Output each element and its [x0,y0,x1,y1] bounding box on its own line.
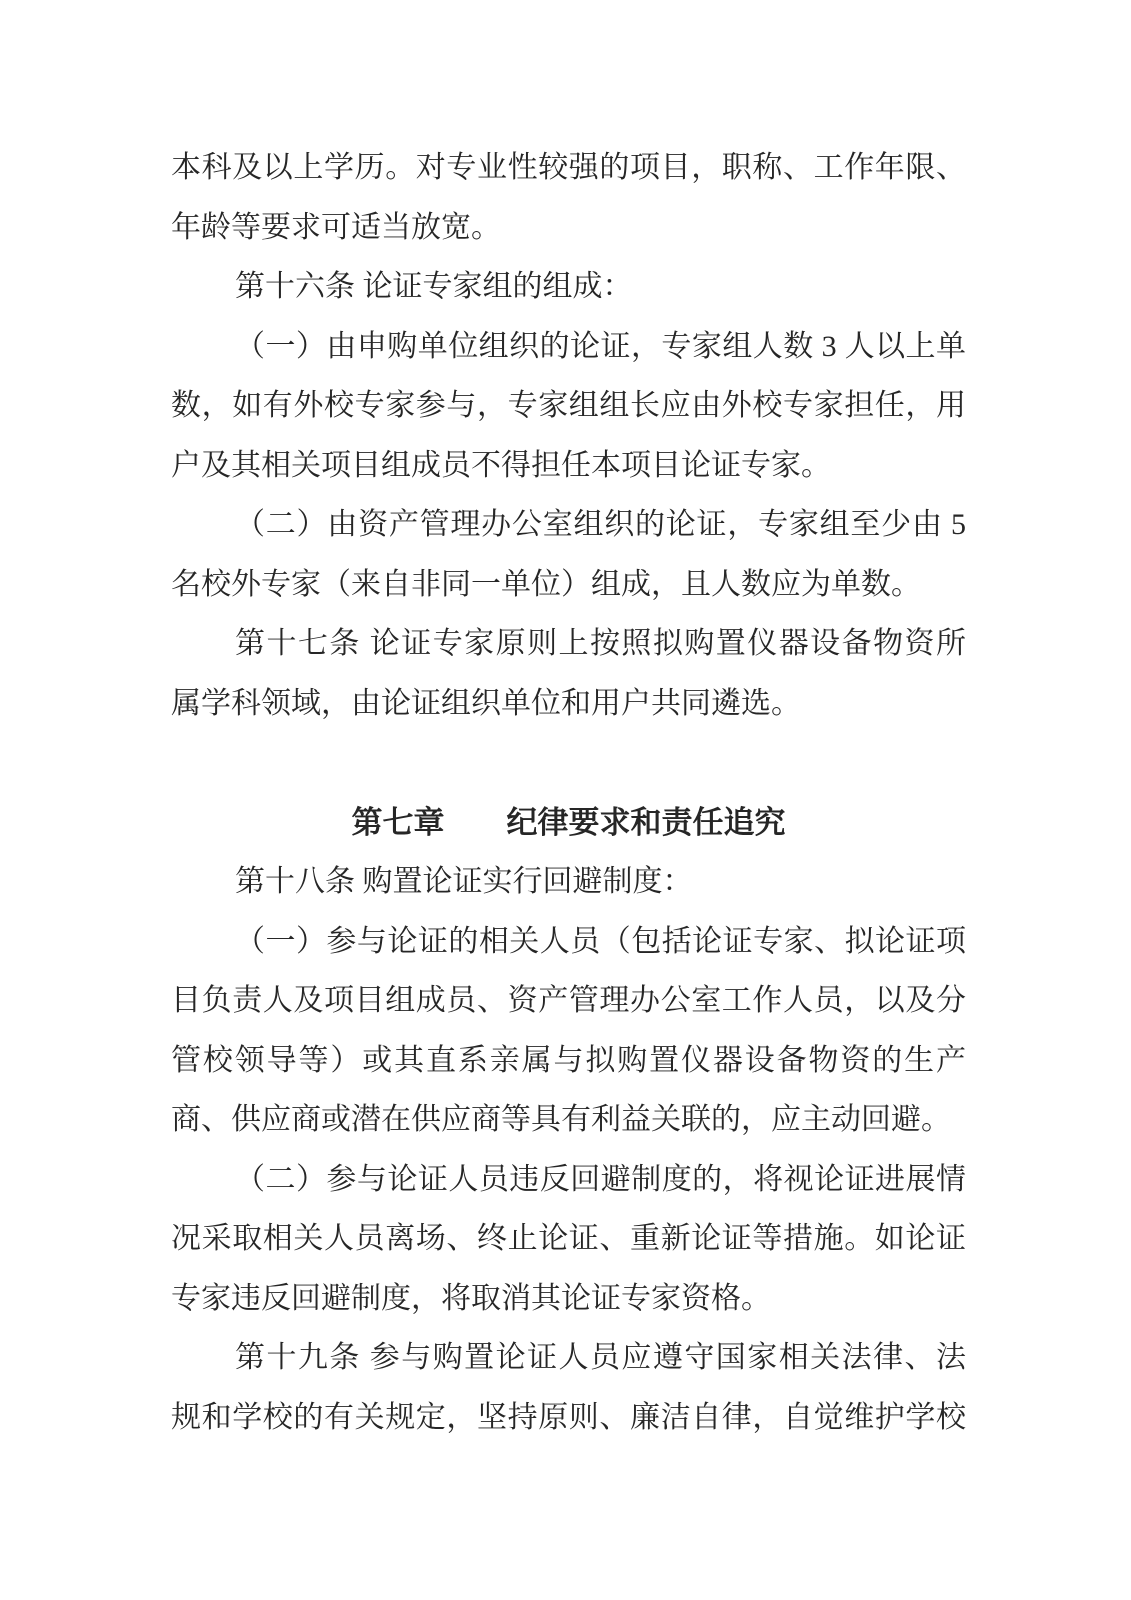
document-line: 数，如有外校专家参与，专家组组长应由外校专家担任，用 [171,376,966,436]
document-line: 第十七条 论证专家原则上按照拟购置仪器设备物资所 [171,614,966,674]
document-text-block: 本科及以上学历。对专业性较强的项目，职称、工作年限、年龄等要求可适当放宽。第十六… [171,138,966,1447]
document-line: 专家违反回避制度，将取消其论证专家资格。 [171,1269,966,1329]
document-line: （二）参与论证人员违反回避制度的，将视论证进展情 [171,1150,966,1210]
document-line: 属学科领域，由论证组织单位和用户共同遴选。 [171,674,966,734]
document-line: 年龄等要求可适当放宽。 [171,198,966,258]
document-line: （二）由资产管理办公室组织的论证，专家组至少由 5 [171,495,966,555]
document-line: （一）由申购单位组织的论证，专家组人数 3 人以上单 [171,317,966,377]
document-page: 本科及以上学历。对专业性较强的项目，职称、工作年限、年龄等要求可适当放宽。第十六… [0,0,1131,1600]
document-line: 目负责人及项目组成员、资产管理办公室工作人员，以及分 [171,971,966,1031]
document-line: 第十八条 购置论证实行回避制度： [171,852,966,912]
document-line: 况采取相关人员离场、终止论证、重新论证等措施。如论证 [171,1209,966,1269]
document-line: 规和学校的有关规定，坚持原则、廉洁自律，自觉维护学校 [171,1388,966,1448]
document-line: 名校外专家（来自非同一单位）组成，且人数应为单数。 [171,555,966,615]
document-line: 商、供应商或潜在供应商等具有利益关联的，应主动回避。 [171,1090,966,1150]
document-line: 本科及以上学历。对专业性较强的项目，职称、工作年限、 [171,138,966,198]
blank-line [171,733,966,793]
chapter-heading: 第七章 纪律要求和责任追究 [171,793,966,853]
document-line: 户及其相关项目组成员不得担任本项目论证专家。 [171,436,966,496]
document-line: 第十九条 参与购置论证人员应遵守国家相关法律、法 [171,1328,966,1388]
document-line: （一）参与论证的相关人员（包括论证专家、拟论证项 [171,912,966,972]
document-line: 管校领导等）或其直系亲属与拟购置仪器设备物资的生产 [171,1031,966,1091]
document-line: 第十六条 论证专家组的组成： [171,257,966,317]
